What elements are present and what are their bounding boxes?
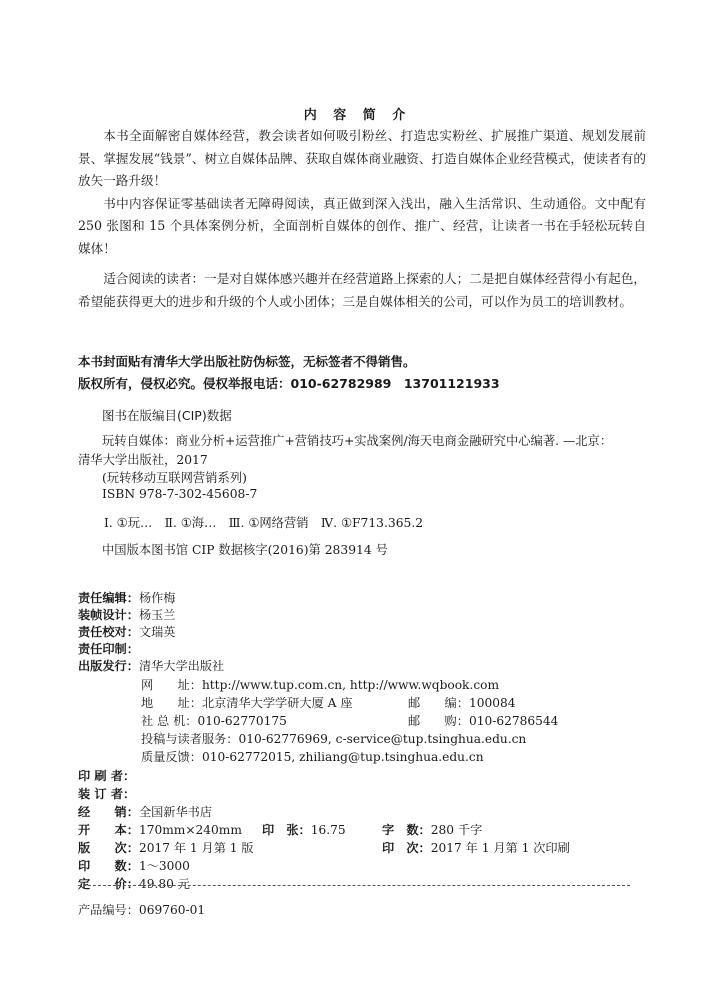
cip-entry-line2: 清华大学出版社，2017 — [78, 450, 208, 468]
intro-text: 本书全面解密自媒体经营，教会读者如何吸引粉丝、打造忠实粉丝、扩展推广渠道、规划发… — [78, 125, 646, 313]
credit-distributor: 经 销：全国新华书店 — [78, 804, 212, 821]
dashed-divider — [78, 885, 630, 886]
cip-heading: 图书在版编目(CIP)数据 — [102, 406, 232, 424]
credit-address: 地 址：北京清华大学学研大厦 A 座 — [141, 695, 353, 712]
credit-website: 网 址：http://www.tup.com.cn, http://www.wq… — [141, 677, 499, 694]
credit-reader-service: 投稿与读者服务：010-62776969, c-service@tup.tsin… — [141, 731, 526, 748]
credit-switchboard: 社 总 机：010-62770175 — [141, 713, 287, 730]
credit-publisher: 出版发行：清华大学出版社 — [78, 658, 224, 675]
credit-quality-feedback: 质量反馈：010-62772015, zhiliang@tup.tsinghua… — [141, 749, 484, 766]
credit-format: 开 本：170mm×240mm — [78, 822, 242, 839]
cip-number: 中国版本图书馆 CIP 数据核字(2016)第 283914 号 — [102, 540, 388, 558]
intro-paragraph: 适合阅读的读者：一是对自媒体感兴趣并在经营道路上探索的人；二是把自媒体经营得小有… — [78, 268, 646, 313]
anti-counterfeit-notice: 本书封面贴有清华大学出版社防伪标签，无标签者不得销售。 — [78, 352, 416, 370]
credit-mail-order: 邮 购：010-62786544 — [408, 713, 558, 730]
credit-edition: 版 次：2017 年 1 月第 1 版 — [78, 840, 254, 857]
credit-designer: 装帧设计：杨玉兰 — [78, 607, 176, 624]
copyright-notice: 版权所有，侵权必究。侵权举报电话：010-62782989 1370112193… — [78, 374, 500, 392]
cip-isbn: ISBN 978-7-302-45608-7 — [102, 487, 257, 501]
credit-postcode: 邮 编：100084 — [408, 695, 515, 712]
cip-series: (玩转移动互联网营销系列) — [102, 468, 247, 486]
credit-printing: 责任印制： — [78, 641, 139, 658]
credit-printer: 印 刷 者： — [78, 768, 135, 785]
page-title: 内 容 简 介 — [0, 104, 715, 123]
product-code: 产品编号：069760-01 — [78, 902, 205, 919]
credit-sheets: 印 张：16.75 — [262, 822, 346, 839]
cip-entry-line1: 玩转自媒体：商业分析+运营推广+营销技巧+实战案例/海天电商金融研究中心编著. … — [102, 431, 612, 449]
credit-editor: 责任编辑：杨作梅 — [78, 590, 176, 607]
credit-binder: 装 订 者： — [78, 786, 135, 803]
credit-proofreader: 责任校对：文瑞英 — [78, 624, 176, 641]
credit-impression: 印 次：2017 年 1 月第 1 次印刷 — [382, 840, 570, 857]
intro-paragraph: 书中内容保证零基础读者无障碍阅读，真正做到深入浅出，融入生活常识、生动通俗。文中… — [78, 193, 646, 261]
credit-print-run: 印 数：1～3000 — [78, 858, 190, 875]
cip-classification: Ⅰ. ①玩… Ⅱ. ①海… Ⅲ. ①网络营销 Ⅳ. ①F713.365.2 — [104, 513, 423, 531]
credit-words: 字 数：280 千字 — [382, 822, 482, 839]
intro-paragraph: 本书全面解密自媒体经营，教会读者如何吸引粉丝、打造忠实粉丝、扩展推广渠道、规划发… — [78, 125, 646, 193]
